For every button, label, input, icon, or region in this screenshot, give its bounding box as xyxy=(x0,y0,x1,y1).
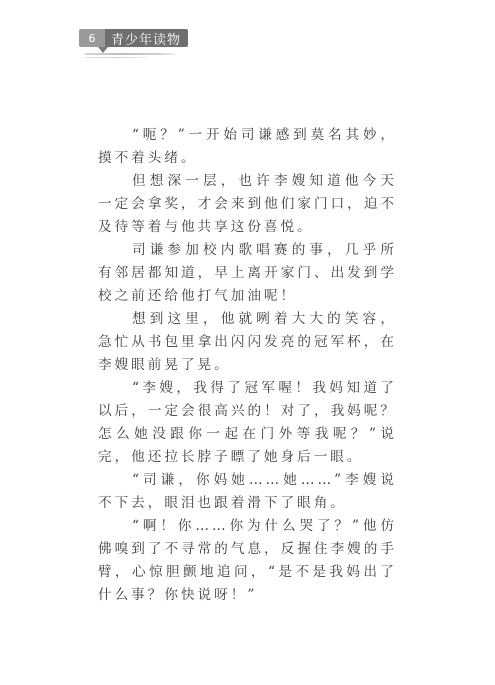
book-page: 6 青少年读物 “呃？”一开始司谦感到莫名其妙，摸不着头绪。 但想深一层，也许李… xyxy=(0,0,495,685)
page-number: 6 xyxy=(79,29,105,47)
series-title: 青少年读物 xyxy=(105,29,188,47)
paragraph: 但想深一层，也许李嫂知道他今天一定会拿奖，才会来到他们家门口，迫不及待等着与他共… xyxy=(98,170,397,239)
page-header: 6 青少年读物 xyxy=(79,29,188,47)
paragraph: 司谦参加校内歌唱赛的事，几乎所有邻居都知道，早上离开家门、出发到学校之前还给他打… xyxy=(98,239,397,308)
paragraph: “李嫂，我得了冠军喔！我妈知道了以后，一定会很高兴的！对了，我妈呢？怎么她没跟你… xyxy=(98,377,397,469)
paragraph: “司谦，你妈她……她……”李嫂说不下去，眼泪也跟着滑下了眼角。 xyxy=(98,469,397,515)
paragraph: “呃？”一开始司谦感到莫名其妙，摸不着头绪。 xyxy=(98,124,397,170)
header-rule xyxy=(85,53,175,55)
body-text: “呃？”一开始司谦感到莫名其妙，摸不着头绪。 但想深一层，也许李嫂知道他今天一定… xyxy=(98,124,397,607)
paragraph: 想到这里，他就咧着大大的笑容，急忙从书包里拿出闪闪发亮的冠军杯，在李嫂眼前晃了晃… xyxy=(98,308,397,377)
header-rule-secondary xyxy=(85,57,147,58)
paragraph: “啊！你……你为什么哭了？”他仿佛嗅到了不寻常的气息，反握住李嫂的手臂，心惊胆颤… xyxy=(98,515,397,607)
